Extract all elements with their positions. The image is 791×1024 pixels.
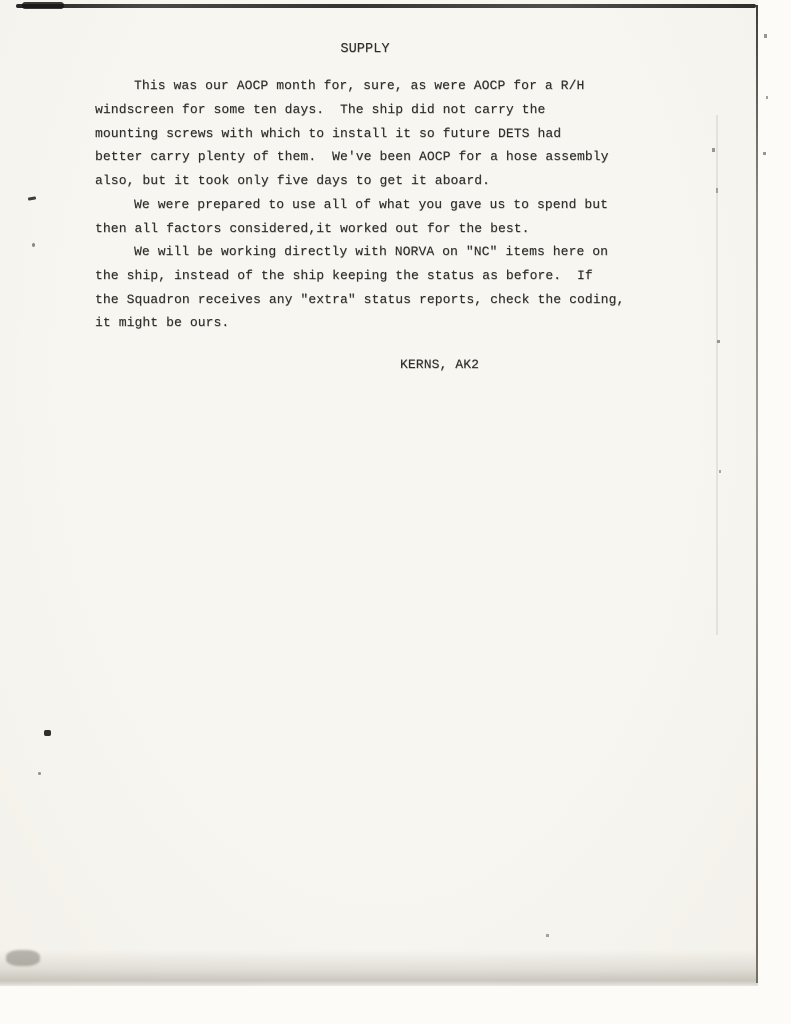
- speck: [712, 148, 715, 152]
- speck: [763, 152, 766, 155]
- speck: [546, 934, 549, 937]
- paragraph-3: We will be working directly with NORVA o…: [95, 240, 655, 335]
- document-title: SUPPLY: [95, 42, 635, 57]
- page-bottom-shadow: [0, 950, 758, 986]
- paragraph-3-line: the ship, instead of the ship keeping th…: [95, 264, 655, 288]
- paragraph-1: This was our AOCP month for, sure, as we…: [95, 74, 655, 193]
- speck: [716, 188, 718, 193]
- paragraph-1-line: mounting screws with which to install it…: [95, 122, 655, 146]
- speck: [766, 96, 768, 99]
- paragraph-3-line: it might be ours.: [95, 311, 655, 335]
- paragraph-1-line: better carry plenty of them. We've been …: [95, 145, 655, 169]
- paper-crease: [716, 115, 718, 635]
- speck: [764, 34, 767, 38]
- speck: [719, 470, 721, 473]
- paragraph-2-line: We were prepared to use all of what you …: [95, 193, 655, 217]
- speck: [717, 340, 720, 343]
- paragraph-3-line: the Squadron receives any "extra" status…: [95, 288, 655, 312]
- page-top-edge-shadow: [16, 4, 756, 8]
- paragraph-1-line: This was our AOCP month for, sure, as we…: [95, 74, 655, 98]
- signature-line: KERNS, AK2: [400, 357, 479, 372]
- ink-smudge: [44, 730, 51, 736]
- page-right-edge-line: [756, 5, 758, 983]
- speck: [38, 772, 41, 775]
- paragraph-2-line: then all factors considered,it worked ou…: [95, 217, 655, 241]
- bottom-left-smudge: [6, 950, 40, 966]
- paragraph-3-line: We will be working directly with NORVA o…: [95, 240, 655, 264]
- scanned-page: SUPPLY This was our AOCP month for, sure…: [0, 0, 758, 986]
- pencil-mark: [28, 196, 36, 200]
- paragraph-1-line: windscreen for some ten days. The ship d…: [95, 98, 655, 122]
- paragraph-2: We were prepared to use all of what you …: [95, 193, 655, 241]
- paragraph-1-line: also, but it took only five days to get …: [95, 169, 655, 193]
- page-top-edge-smudge: [22, 2, 64, 9]
- speck: [32, 243, 35, 247]
